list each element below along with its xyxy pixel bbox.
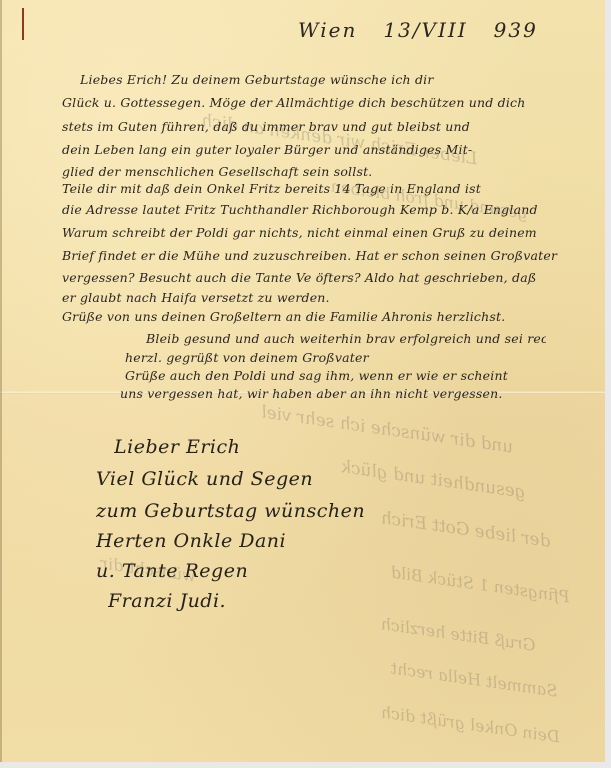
letter-line: vergessen? Besucht auch die Tante Ve öft… <box>62 272 562 285</box>
bleed-through-text: gesundheit und glück <box>340 457 527 503</box>
letter-line: er glaubt nach Haifa versetzt zu werden. <box>62 292 362 305</box>
bleed-through-text: Dein Onkel grüßt dich <box>380 703 562 747</box>
bleed-through-text: Lieber Erich wir denken an dich <box>200 111 479 170</box>
date-place: Wien <box>298 18 357 42</box>
bleed-through-text: Gruß Bitte herzlich <box>379 614 536 655</box>
date-day-month: 13/VIII <box>383 18 467 42</box>
closing-line: Grüße auch den Poldi und sag ihm, wenn e… <box>125 370 545 383</box>
postscript-line: zum Geburtstag wünschen <box>96 500 365 522</box>
letter-line: Glück u. Gottessegen. Möge der Allmächti… <box>62 97 557 110</box>
postscript-line: Lieber Erich <box>114 436 240 458</box>
bleed-through-text: Pfingsten 1 Stück Bild <box>390 563 571 607</box>
closing-line: herzl. gegrüßt von deinem Großvater <box>125 352 385 365</box>
postscript-line: Herten Onkle Dani <box>96 530 286 552</box>
postscript-signature: Franzi Judi. <box>108 590 226 612</box>
closing-line: Bleib gesund und auch weiterhin brav erf… <box>146 333 546 346</box>
margin-mark <box>22 8 24 40</box>
letter-line: die Adresse lautet Fritz Tuchthandler Ri… <box>62 204 542 217</box>
bleed-through-text: der liebe Gott Erich <box>379 508 551 552</box>
letter-line: dein Leben lang ein guter loyaler Bürger… <box>62 144 562 157</box>
letter-line: glied der menschlichen Gesellschaft sein… <box>62 166 462 179</box>
letter-line: Grüße von uns deinen Großeltern an die F… <box>62 311 552 324</box>
postscript-line: u. Tante Regen <box>96 560 248 582</box>
bleed-through-text: und dir wünsche ich sehr viel <box>260 402 515 457</box>
letter-line: Brief findet er die Mühe und zuzuschreib… <box>62 250 562 263</box>
letter-page: Lieber Erich wir denken an dich gesund u… <box>0 0 605 762</box>
date-header: Wien13/VIII939 <box>298 18 564 42</box>
bleed-through-text: Sammelt Hella recht <box>389 658 558 700</box>
letter-line: Liebes Erich! Zu deinem Geburtstage wüns… <box>80 74 550 87</box>
postscript-line: Viel Glück und Segen <box>96 468 313 490</box>
letter-line: Warum schreibt der Poldi gar nichts, nic… <box>62 227 562 240</box>
date-year: 939 <box>494 18 538 42</box>
letter-line: stets im Guten führen, daß du immer brav… <box>62 121 532 134</box>
closing-line: uns vergessen hat, wir haben aber an ihn… <box>120 388 560 401</box>
letter-line: Teile dir mit daß dein Onkel Fritz berei… <box>62 183 542 196</box>
